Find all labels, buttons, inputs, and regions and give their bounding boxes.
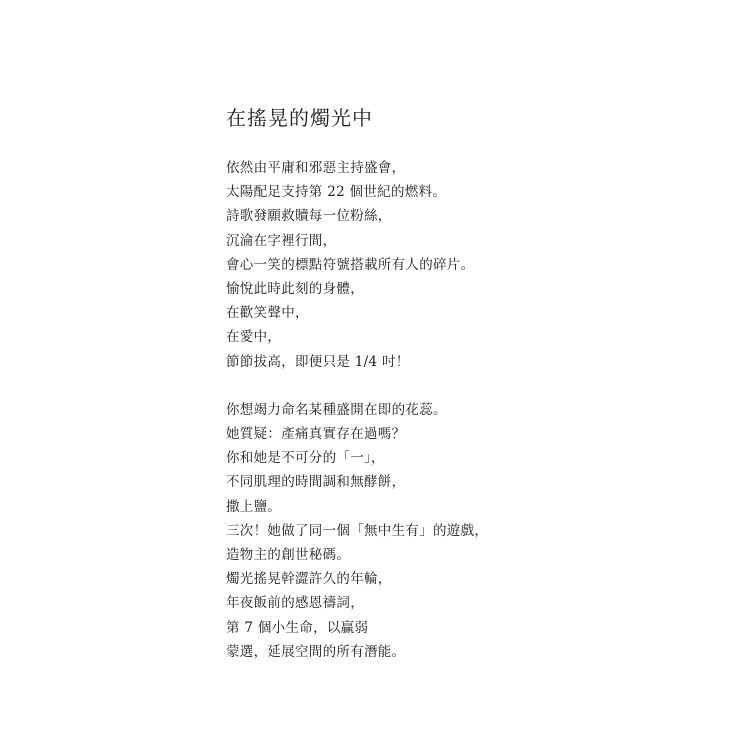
poem-line: 三次！她做了同一個「無中生有」的遊戲， — [226, 519, 488, 543]
poem-line: 愉悅此時此刻的身體， — [226, 277, 488, 301]
poem-line: 造物主的創世秘碼。 — [226, 543, 488, 567]
poem-line: 撒上鹽。 — [226, 495, 488, 519]
poem-line: 沉淪在字裡行間， — [226, 229, 488, 253]
poem-line: 依然由平庸和邪惡主持盛會， — [226, 156, 488, 180]
poem-title: 在搖晃的燭光中 — [226, 104, 488, 132]
poem-line: 不同肌理的時間調和無酵餅， — [226, 470, 488, 494]
poem-line: 節節拔高，即便只是 1/4 吋！ — [226, 350, 488, 374]
poem-line: 詩歌發願救贖每一位粉絲， — [226, 204, 488, 228]
poem-line: 在愛中， — [226, 325, 488, 349]
poem-line: 會心一笑的標點符號搭載所有人的碎片。 — [226, 253, 488, 277]
poem-line: 她質疑：產痛真實存在過嗎？ — [226, 422, 488, 446]
stanza-1: 依然由平庸和邪惡主持盛會， 太陽配足支持第 22 個世紀的燃料。 詩歌發願救贖每… — [226, 156, 488, 374]
poem-line: 第 7 個小生命，以贏弱 — [226, 616, 488, 640]
poem-page: 在搖晃的燭光中 依然由平庸和邪惡主持盛會， 太陽配足支持第 22 個世紀的燃料。… — [226, 104, 488, 688]
poem-line: 你想竭力命名某種盛開在即的花蕊。 — [226, 398, 488, 422]
poem-line: 年夜飯前的感恩禱詞， — [226, 591, 488, 615]
poem-line: 在歡笑聲中， — [226, 301, 488, 325]
poem-line: 燭光搖晃幹澀許久的年輪， — [226, 567, 488, 591]
stanza-2: 你想竭力命名某種盛開在即的花蕊。 她質疑：產痛真實存在過嗎？ 你和她是不可分的「… — [226, 398, 488, 664]
poem-line: 太陽配足支持第 22 個世紀的燃料。 — [226, 180, 488, 204]
poem-line: 蒙選，延展空間的所有潛能。 — [226, 640, 488, 664]
poem-line: 你和她是不可分的「一」， — [226, 446, 488, 470]
